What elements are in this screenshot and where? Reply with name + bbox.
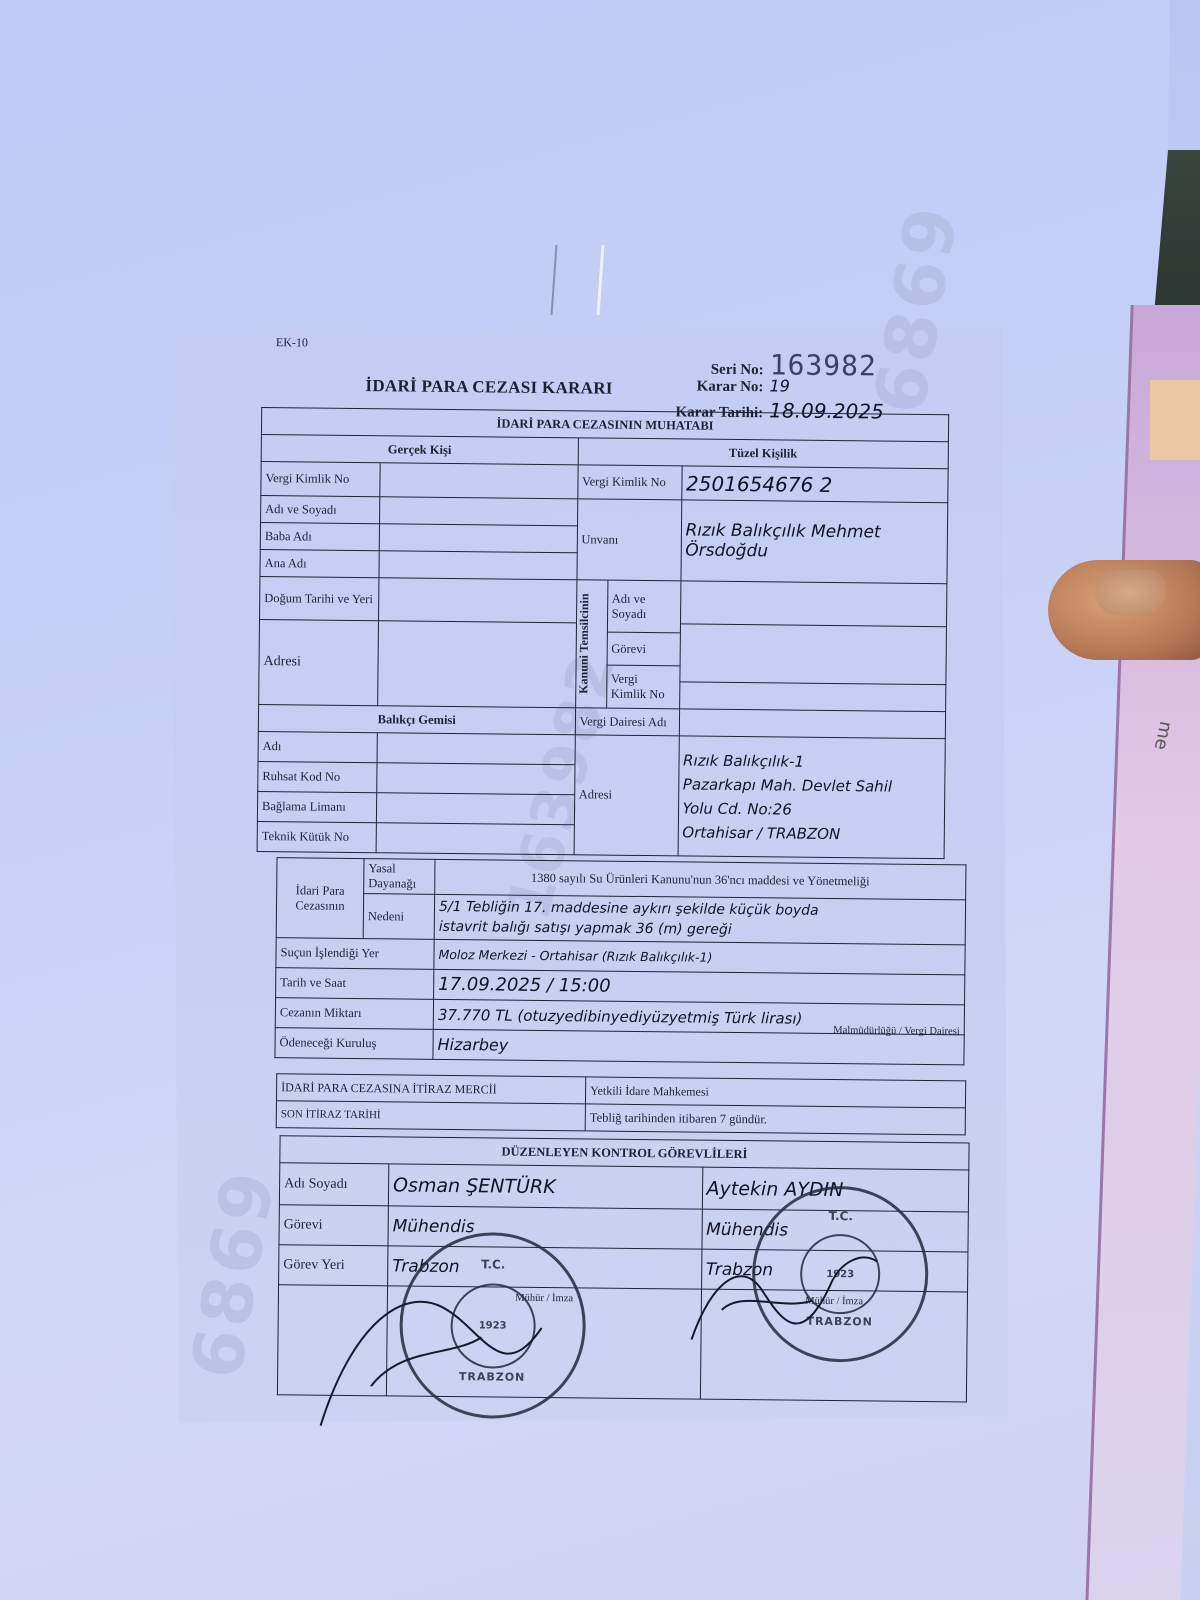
le-tax-id-value: 2501654676 2 — [681, 466, 948, 503]
amount-label: Cezanın Miktarı — [275, 998, 433, 1030]
rp-birth-label: Doğum Tarihi ve Yeri — [260, 576, 379, 620]
legal-rep-label: Kanuni Temsilcinin — [576, 594, 592, 695]
officer-1-name: Osman ŞENTÜRK — [388, 1164, 702, 1209]
officer-2-signature — [681, 1219, 882, 1361]
penalty-table: İdari Para Cezasının Yasal Dayanağı 1380… — [274, 857, 966, 1065]
legal-rep-block: Kanuni Temsilcinin Adı ve Soyadı Görevi … — [575, 580, 680, 709]
staple-tear — [551, 245, 605, 315]
vessel-name-label: Adı — [258, 731, 377, 762]
form-title: İDARİ PARA CEZASI KARARI — [365, 376, 612, 399]
vessel-name-field — [377, 733, 575, 765]
objection-authority-label: İDARİ PARA CEZASINA İTİRAZ MERCİİ — [276, 1074, 585, 1104]
reason-line-2: istavrit balığı satışı yapmak 36 (m) ger… — [439, 917, 961, 942]
rp-address-label: Adresi — [259, 619, 379, 705]
rp-birth-field — [379, 578, 577, 623]
rp-father-label: Baba Adı — [260, 522, 379, 550]
penalty-group-label: İdari Para Cezasının — [276, 858, 364, 939]
annex-label: EK-10 — [276, 335, 308, 350]
vessel-license-field — [377, 763, 575, 795]
officer-role-label: Görevi — [279, 1205, 388, 1246]
legal-basis-value: 1380 sayılı Su Ürünleri Kanunu'nun 36'nc… — [435, 859, 966, 900]
thumb-nail — [1095, 570, 1165, 615]
vessel-title: Balıkçı Gemisi — [258, 704, 575, 734]
le-address-line-4: Ortahisar / TRABZON — [682, 820, 940, 847]
vessel-port-field — [376, 793, 574, 825]
rep-role-field — [679, 624, 946, 685]
rp-tax-id-label: Vergi Kimlik No — [261, 461, 380, 496]
objection-table: İDARİ PARA CEZASINA İTİRAZ MERCİİ Yetkil… — [276, 1073, 967, 1135]
reason-value: 5/1 Tebliğin 17. maddesine aykırı şekild… — [434, 894, 965, 945]
tan-card — [1150, 380, 1200, 460]
rp-name-field — [380, 497, 578, 526]
objection-authority-value: Yetkili İdare Mahkemesi — [585, 1077, 965, 1108]
watermark-bottom: 6869 — [175, 1163, 291, 1385]
reason-label: Nedeni — [363, 894, 434, 940]
vessel-license-label: Ruhsat Kod No — [258, 761, 377, 792]
officer-1-role: Mühendis — [388, 1206, 702, 1249]
rp-mother-field — [379, 551, 577, 580]
officer-name-label: Adı Soyadı — [279, 1163, 388, 1206]
vessel-registry-field — [376, 823, 574, 855]
legal-rep-vertical-cell: Kanuni Temsilcinin — [576, 580, 608, 707]
le-address-line-2: Pazarkapı Mah. Devlet Sahil — [683, 772, 941, 799]
legal-entity-title: Tüzel Kişilik — [578, 438, 949, 469]
payee-note: Malmüdürlüğü / Vergi Dairesi — [833, 1025, 960, 1037]
payee-label: Ödeneceği Kuruluş — [275, 1028, 433, 1060]
legal-rep-subtable: Kanuni Temsilcinin Adı ve Soyadı Görevi … — [576, 580, 680, 708]
rp-name-label: Adı ve Soyadı — [261, 495, 380, 523]
rp-father-field — [379, 524, 577, 553]
le-address-value: Rızık Balıkçılık-1 Pazarkapı Mah. Devlet… — [678, 736, 946, 859]
datetime-label: Tarih ve Saat — [276, 968, 434, 1000]
le-name-label: Unvanı — [576, 499, 681, 581]
objection-deadline-value: Tebliğ tarihinden itibaren 7 gündür. — [585, 1104, 965, 1135]
le-address-label: Adresi — [574, 735, 679, 856]
rp-tax-id-field — [380, 463, 578, 499]
addressee-table: İDARİ PARA CEZASININ MUHATABI Gerçek Kiş… — [257, 407, 950, 859]
rp-mother-label: Ana Adı — [260, 549, 379, 577]
decision-no: 19 — [769, 376, 790, 395]
tax-office-label: Vergi Dairesi Adı — [575, 708, 679, 736]
le-tax-id-label: Vergi Kimlik No — [577, 465, 681, 500]
le-address-line-3: Yolu Cd. No:26 — [682, 796, 940, 823]
rep-role-label: Görevi — [607, 633, 680, 667]
payee-cell: Hizarbey Malmüdürlüğü / Vergi Dairesi — [433, 1029, 964, 1065]
tax-office-field — [679, 709, 946, 739]
le-address-line-1: Rızık Balıkçılık-1 — [683, 748, 941, 775]
officer-1-signature — [310, 1266, 572, 1439]
rep-name-field — [680, 581, 947, 627]
place-label: Suçun İşlendiği Yer — [276, 938, 434, 970]
objection-deadline-label: SON İTİRAZ TARİHİ — [276, 1101, 585, 1131]
real-person-title: Gerçek Kişi — [261, 434, 578, 464]
rep-tax-id-label: Vergi Kimlik No — [606, 665, 679, 708]
vessel-registry-label: Teknik Kütük No — [257, 821, 376, 852]
vessel-port-label: Bağlama Limanı — [257, 791, 376, 822]
rep-tax-id-field — [679, 682, 946, 712]
rp-address-field — [378, 621, 576, 708]
folder-handwriting: me — [1150, 720, 1177, 752]
le-name-value: Rızık Balıkçılık Mehmet Örsdoğdu — [680, 500, 947, 584]
payee-value: Hizarbey — [437, 1035, 508, 1055]
legal-basis-label: Yasal Dayanağı — [364, 859, 435, 895]
serial-label: Seri No: — [682, 361, 764, 379]
decision-no-label: Karar No: — [681, 378, 763, 396]
rep-name-label: Adı ve Soyadı — [607, 581, 680, 634]
